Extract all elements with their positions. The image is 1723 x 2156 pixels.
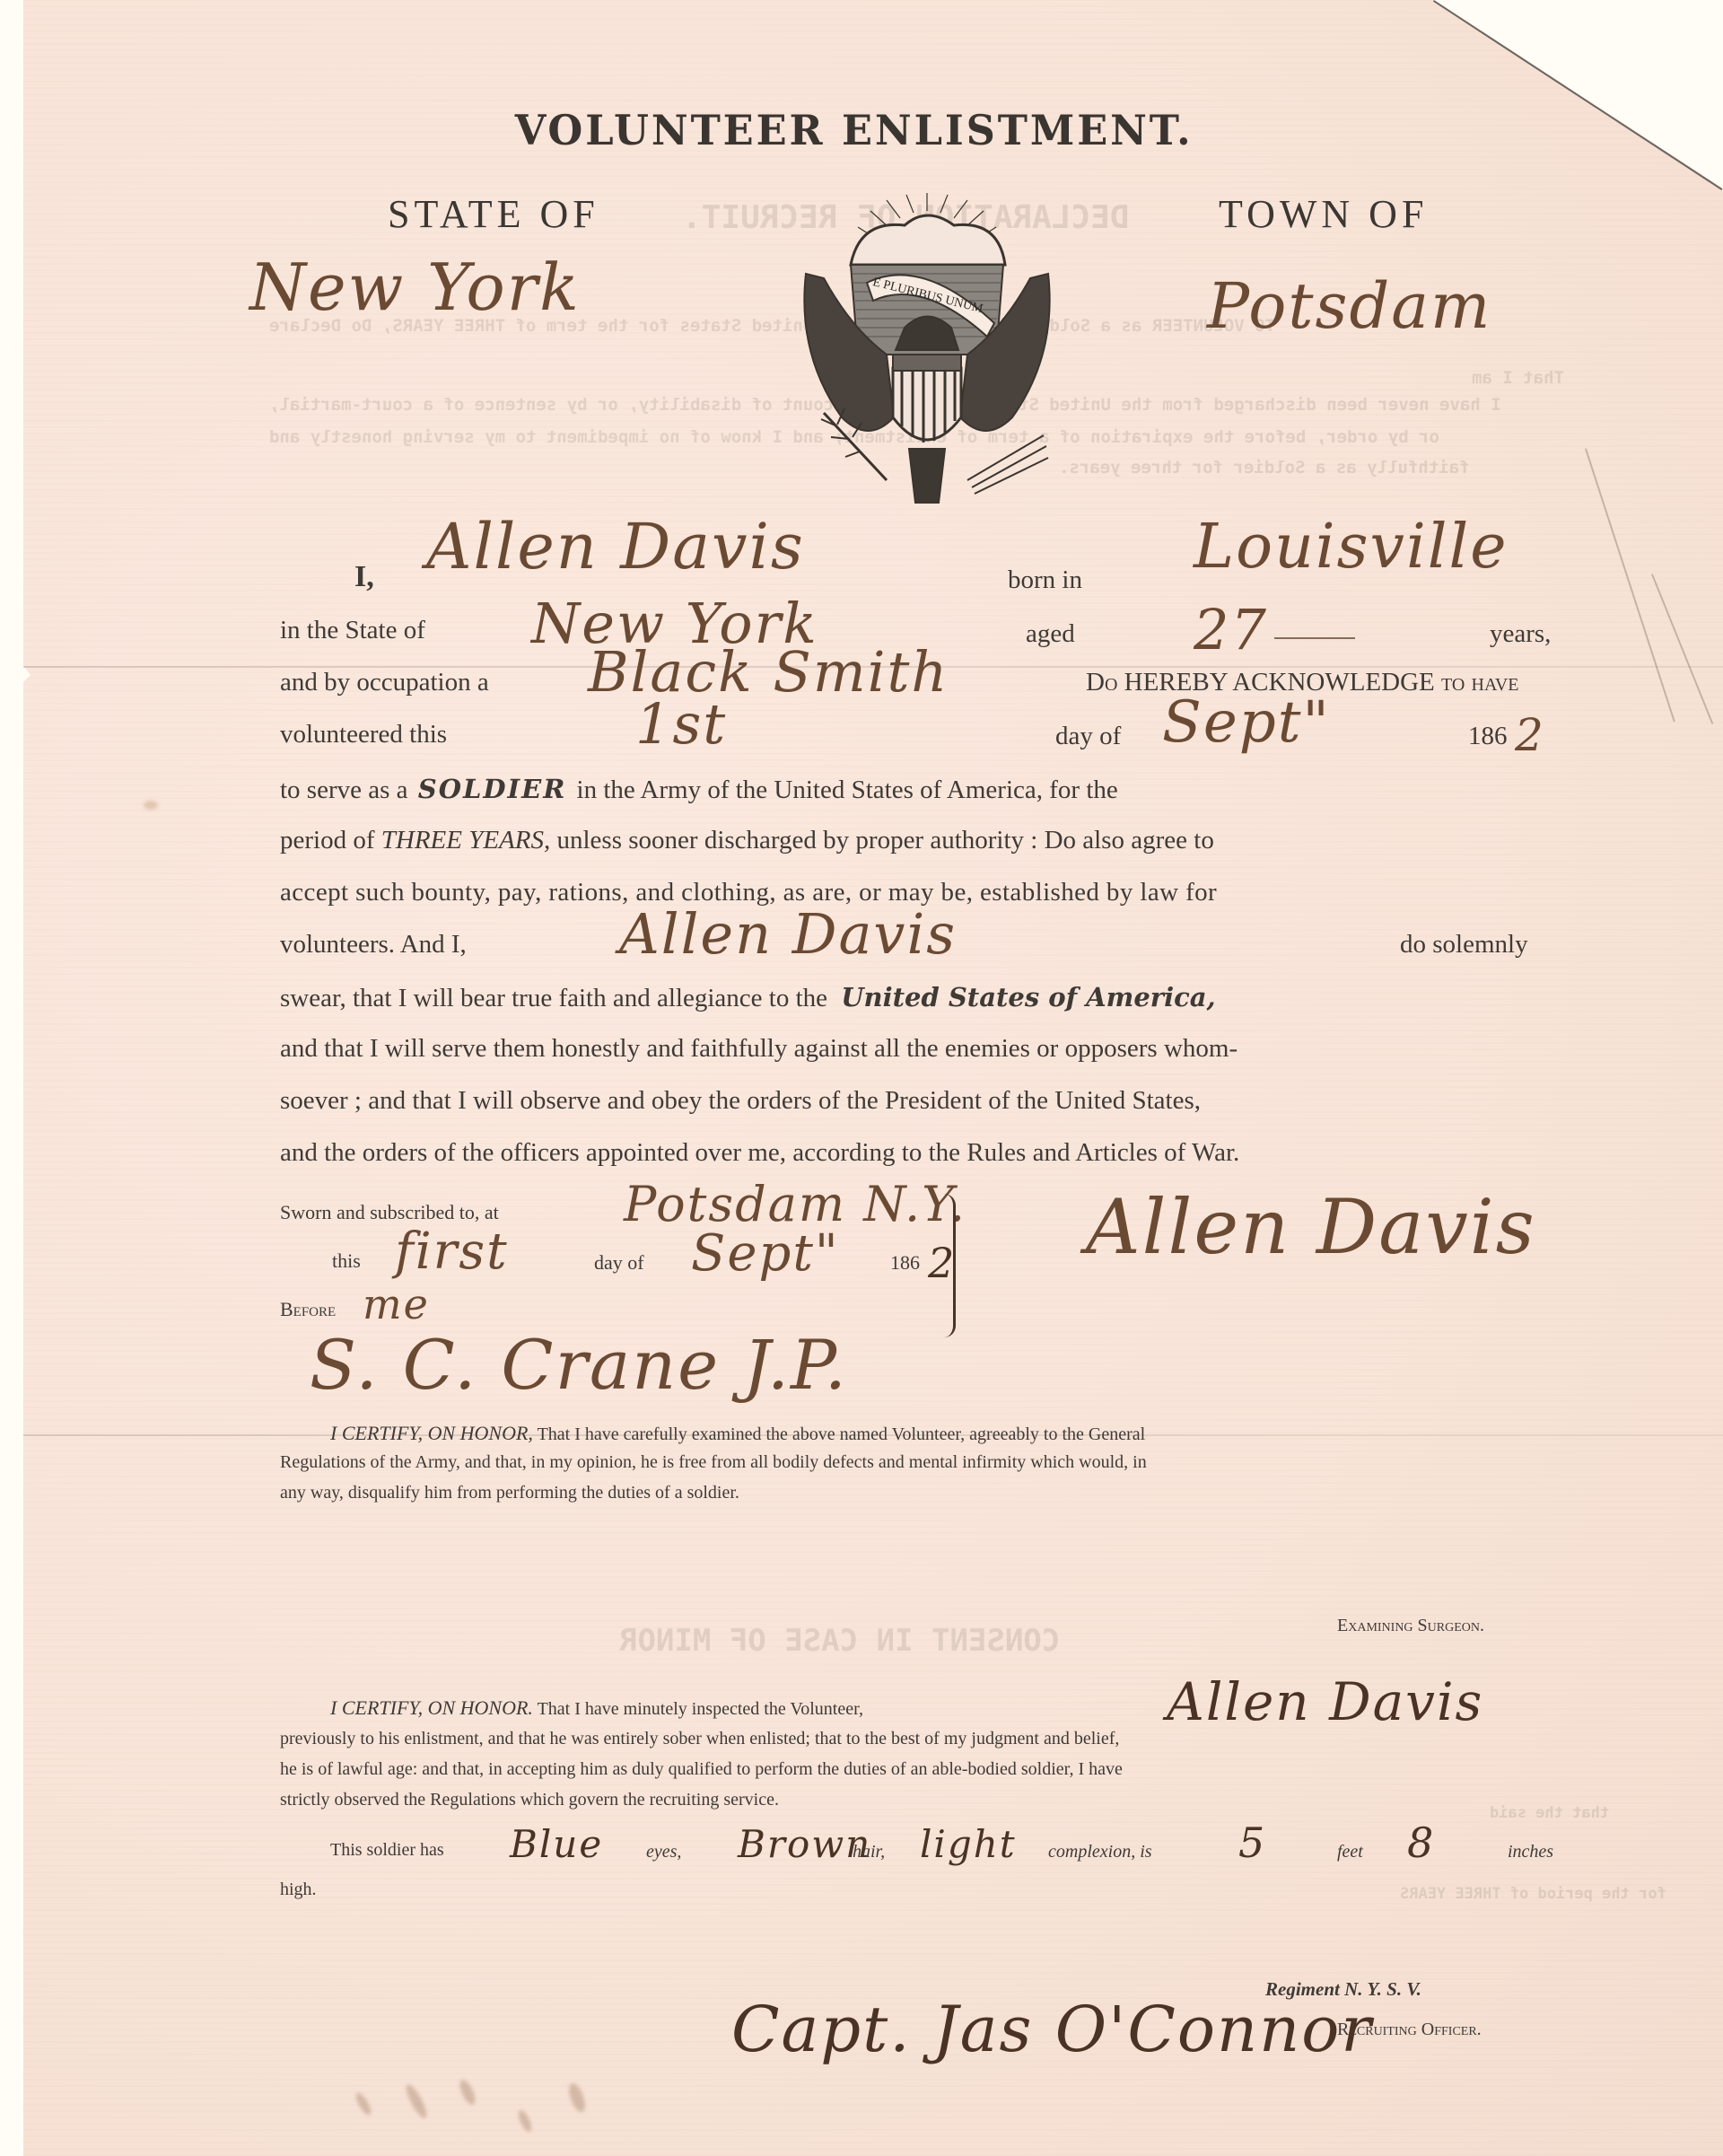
eagle-seal-icon: E PLURIBUS UNUM <box>788 193 1066 525</box>
volunteered-label: volunteered this <box>280 720 447 749</box>
sworn-day-handwritten: first <box>395 1223 509 1281</box>
surgeon-cert-lead: I CERTIFY, ON HONOR, <box>330 1422 533 1444</box>
before-label: Before <box>280 1298 336 1321</box>
town-value-handwritten: Potsdam <box>1207 269 1491 343</box>
state-of-birth-label: in the State of <box>280 616 425 645</box>
surgeon-cert-line1: I CERTIFY, ON HONOR, That I have careful… <box>330 1422 1145 1445</box>
town-of-label: TOWN OF <box>1219 191 1428 237</box>
period-prefix: period of <box>280 826 375 855</box>
hair-label: hair, <box>853 1842 885 1862</box>
state-of-label: STATE OF <box>388 191 599 237</box>
sworn-month-handwritten: Sept" <box>691 1224 840 1283</box>
pronoun-i: I, <box>354 560 374 594</box>
period-line: period of THREE YEARS, unless sooner dis… <box>280 826 1214 855</box>
age-underline-stroke <box>1274 637 1355 639</box>
officer-cert-line1: I CERTIFY, ON HONOR. That I have minutel… <box>330 1696 863 1720</box>
age-handwritten: 27 <box>1194 597 1268 662</box>
bleed-line: that the said <box>1490 1804 1609 1822</box>
brace-mark <box>944 1194 956 1337</box>
serve-suffix: in the Army of the United States of Amer… <box>577 776 1118 804</box>
year-suffix-handwritten: 2 <box>1515 709 1545 761</box>
volunteers-label: volunteers. And I, <box>280 930 467 960</box>
officer-cert-lead: I CERTIFY, ON HONOR. <box>330 1696 533 1719</box>
enlist-month-handwritten: Sept" <box>1162 689 1331 756</box>
officer-cert-text: That I have minutely inspected the Volun… <box>538 1699 863 1719</box>
hair-color-handwritten: Brown <box>738 1822 871 1866</box>
height-inches-handwritten: 8 <box>1407 1819 1435 1867</box>
recruiting-officer-signature: Capt. Jas O'Connor <box>731 1993 1373 2066</box>
serve-line: to serve as a SOLDIER in the Army of the… <box>280 774 1118 805</box>
birthplace-handwritten: Louisville <box>1194 512 1508 583</box>
bleed-line: faithfully as a Soldier for three years. <box>1059 458 1470 478</box>
sworn-year-prefix: 186 <box>890 1251 920 1275</box>
eyes-label: eyes, <box>646 1842 681 1862</box>
complexion-label: complexion, is <box>1048 1842 1152 1862</box>
swear-prefix: swear, that I will bear true faith and a… <box>280 984 827 1012</box>
usa-emphasis: United States of America, <box>841 982 1215 1012</box>
serve-honestly-line: and that I will serve them honestly and … <box>280 1034 1238 1064</box>
three-years-emphasis: THREE YEARS, <box>381 826 551 855</box>
volunteer-name-handwritten: Allen Davis <box>426 510 805 583</box>
document-title: VOLUNTEER ENLISTMENT. <box>515 106 1194 154</box>
enlist-day-handwritten: 1st <box>635 691 727 757</box>
high-label: high. <box>280 1880 317 1900</box>
solemnly-label: do solemnly <box>1400 930 1528 960</box>
complexion-handwritten: light <box>920 1822 1017 1866</box>
day-of-label: day of <box>1055 722 1121 751</box>
soever-line: soever ; and that I will observe and obe… <box>280 1086 1201 1116</box>
bleed-line: for the period of THREE YEARS <box>1400 1885 1666 1903</box>
bleed-line: That I am <box>1472 368 1564 388</box>
orders-line: and the orders of the officers appointed… <box>280 1138 1239 1168</box>
feet-label: feet <box>1337 1842 1363 1862</box>
justice-signature: S. C. Crane J.P. <box>310 1325 848 1405</box>
serve-prefix: to serve as a <box>280 776 408 804</box>
examining-surgeon-label: Examining Surgeon. <box>1337 1616 1484 1636</box>
officer-cert-line2: previously to his enlistment, and that h… <box>280 1729 1119 1749</box>
sworn-label: Sworn and subscribed to, at <box>280 1201 499 1224</box>
surgeon-cert-line3: any way, disqualify him from performing … <box>280 1483 739 1503</box>
swear-line: swear, that I will bear true faith and a… <box>280 982 1216 1013</box>
bleed-consent-heading: CONSENT IN CASE OF MINOR <box>619 1623 1060 1659</box>
aged-label: aged <box>1026 619 1075 649</box>
eye-color-handwritten: Blue <box>510 1822 603 1866</box>
age-spot <box>144 801 158 810</box>
soldier-emphasis: SOLDIER <box>418 774 567 804</box>
before-value-handwritten: me <box>363 1280 430 1328</box>
sworn-day-of-label: day of <box>594 1251 644 1275</box>
surgeon-cert-line2: Regulations of the Army, and that, in my… <box>280 1452 1147 1473</box>
state-value-handwritten: New York <box>249 250 581 325</box>
volunteer-signature: Allen Davis <box>1086 1183 1536 1271</box>
sworn-this-label: this <box>332 1249 361 1273</box>
inches-label: inches <box>1508 1842 1553 1862</box>
born-in-label: born in <box>1008 565 1082 595</box>
inspected-volunteer-handwritten: Allen Davis <box>1167 1671 1483 1732</box>
surgeon-cert-text: That I have carefully examined the above… <box>538 1424 1146 1444</box>
year-prefix: 186 <box>1468 722 1508 751</box>
description-prefix: This soldier has <box>330 1840 444 1861</box>
oath-name-handwritten: Allen Davis <box>619 901 957 967</box>
officer-cert-line4: strictly observed the Regulations which … <box>280 1790 779 1810</box>
occupation-label: and by occupation a <box>280 668 489 697</box>
officer-cert-line3: he is of lawful age: and that, in accept… <box>280 1759 1123 1780</box>
height-feet-handwritten: 5 <box>1238 1819 1266 1867</box>
period-suffix: unless sooner discharged by proper autho… <box>557 826 1214 855</box>
years-label: years, <box>1490 619 1551 649</box>
